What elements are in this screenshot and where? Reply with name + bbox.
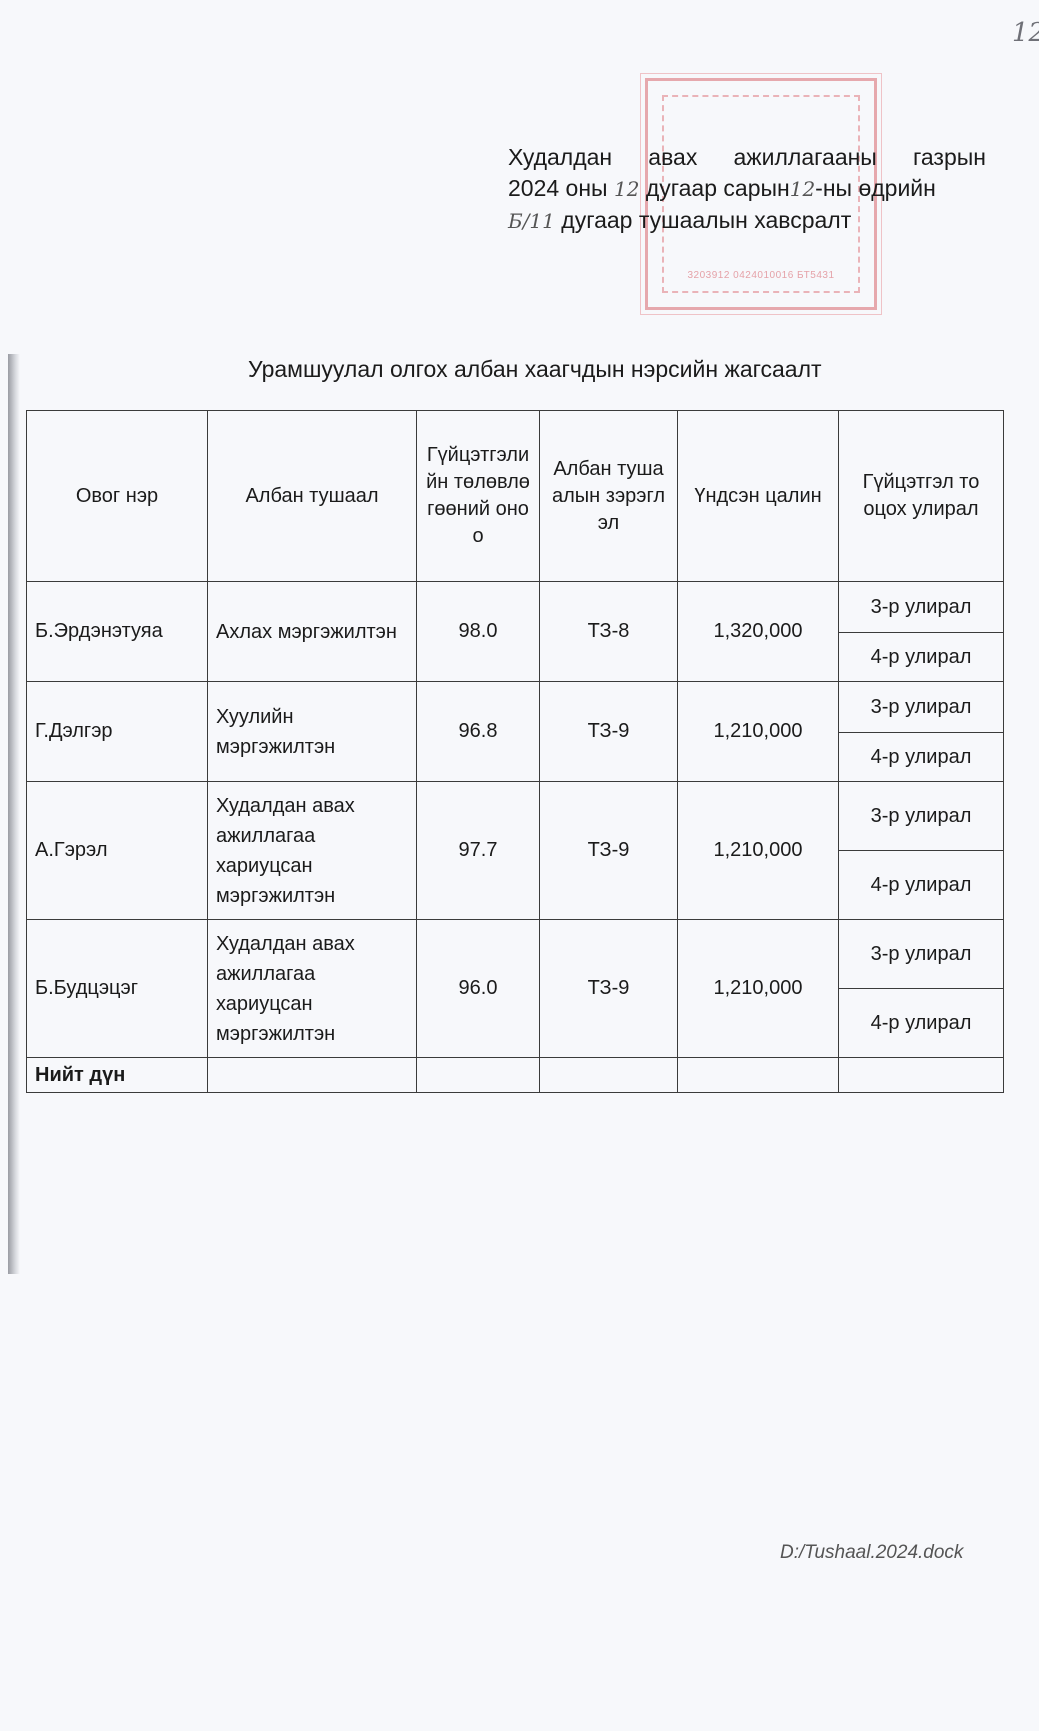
header-order-label: дугаар тушаалын хавсралт	[561, 207, 851, 233]
employee-name: А.Гэрэл	[27, 782, 208, 920]
header-line-1: Худалдан авах ажиллагааны газрын	[508, 142, 986, 173]
quarter-cell: 3-р улирал	[839, 682, 1004, 733]
header-score: Гүйцэтгэлийн төлөвлөгөөний оноо	[417, 411, 540, 582]
header-quarter: Гүйцэтгэл тооцох улирал	[839, 411, 1004, 582]
employee-name: Г.Дэлгэр	[27, 682, 208, 782]
document-title: Урамшуулал олгох албан хаагчдын нэрсийн …	[248, 356, 822, 383]
header-line-2: 2024 оны 12 дугаар сарын12-ны өдрийн	[508, 173, 986, 205]
quarter-cell: 4-р улирал	[839, 851, 1004, 920]
performance-score: 97.7	[417, 782, 540, 920]
scan-page-edge	[8, 354, 20, 1274]
position-grade: ТЗ-9	[540, 682, 678, 782]
page-number: 12	[1012, 18, 1039, 48]
quarter-cell: 3-р улирал	[839, 782, 1004, 851]
header-word: авах	[648, 142, 697, 173]
table-header-row: Овог нэр Албан тушаал Гүйцэтгэлийн төлөв…	[27, 411, 1004, 582]
quarter-cell: 3-р улирал	[839, 582, 1004, 633]
header-year: 2024 оны	[508, 175, 608, 201]
employee-position: Худалдан авах ажиллагаа хариуцсан мэргэж…	[208, 920, 417, 1058]
employee-name: Б.Будцэцэг	[27, 920, 208, 1058]
base-salary: 1,210,000	[678, 782, 839, 920]
quarter-cell: 4-р улирал	[839, 733, 1004, 782]
quarter-cell: 4-р улирал	[839, 633, 1004, 682]
header-grade: Албан тушаалын зэрэглэл	[540, 411, 678, 582]
header-word: газрын	[913, 142, 986, 173]
total-label: Нийт дүн	[27, 1058, 208, 1093]
performance-score: 98.0	[417, 582, 540, 682]
appendix-header: Худалдан авах ажиллагааны газрын 2024 он…	[508, 142, 986, 237]
total-cell	[540, 1058, 678, 1093]
base-salary: 1,210,000	[678, 920, 839, 1058]
stamp-code: 3203912 0424010016 БТ5431	[648, 270, 874, 281]
employee-list-table: Овог нэр Албан тушаал Гүйцэтгэлийн төлөв…	[26, 410, 1004, 1093]
handwritten-month: 12	[614, 177, 639, 201]
header-word: ажиллагааны	[733, 142, 876, 173]
position-grade: ТЗ-8	[540, 582, 678, 682]
total-cell	[208, 1058, 417, 1093]
employee-position: Ахлах мэргэжилтэн	[208, 582, 417, 682]
position-grade: ТЗ-9	[540, 782, 678, 920]
performance-score: 96.8	[417, 682, 540, 782]
employee-position: Хуулийн мэргэжилтэн	[208, 682, 417, 782]
handwritten-day: 12	[790, 177, 815, 201]
table-row: Б.БудцэцэгХудалдан авах ажиллагаа хариуц…	[27, 920, 1004, 989]
quarter-cell: 3-р улирал	[839, 920, 1004, 989]
quarter-cell: 4-р улирал	[839, 989, 1004, 1058]
header-salary: Үндсэн цалин	[678, 411, 839, 582]
employee-position: Худалдан авах ажиллагаа хариуцсан мэргэж…	[208, 782, 417, 920]
header-position: Албан тушаал	[208, 411, 417, 582]
total-cell	[417, 1058, 540, 1093]
base-salary: 1,210,000	[678, 682, 839, 782]
header-month-label: дугаар сарын	[646, 175, 790, 201]
table-row: А.ГэрэлХудалдан авах ажиллагаа хариуцсан…	[27, 782, 1004, 851]
table-row: Б.ЭрдэнэтуяаАхлах мэргэжилтэн98.0ТЗ-81,3…	[27, 582, 1004, 633]
position-grade: ТЗ-9	[540, 920, 678, 1058]
handwritten-order-number: Б/11	[508, 209, 555, 233]
header-line-3: Б/11 дугаар тушаалын хавсралт	[508, 205, 986, 237]
total-cell	[839, 1058, 1004, 1093]
total-cell	[678, 1058, 839, 1093]
header-word: Худалдан	[508, 142, 612, 173]
base-salary: 1,320,000	[678, 582, 839, 682]
header-name: Овог нэр	[27, 411, 208, 582]
table-row: Г.ДэлгэрХуулийн мэргэжилтэн96.8ТЗ-91,210…	[27, 682, 1004, 733]
total-row: Нийт дүн	[27, 1058, 1004, 1093]
performance-score: 96.0	[417, 920, 540, 1058]
header-day-label: -ны өдрийн	[815, 175, 936, 201]
employee-name: Б.Эрдэнэтуяа	[27, 582, 208, 682]
footer-file-path: D:/Tushaal.2024.dock	[780, 1542, 963, 1564]
